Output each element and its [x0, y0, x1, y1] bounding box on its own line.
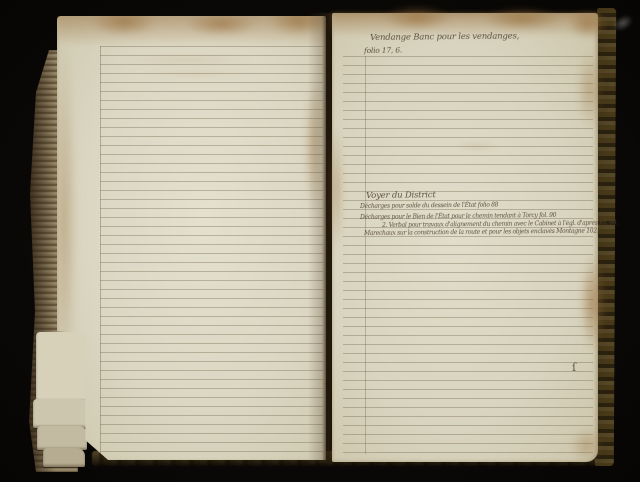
margin-rule-right — [365, 56, 366, 454]
stain — [482, 7, 562, 31]
stain — [57, 16, 326, 46]
dog-ear-tab — [43, 448, 85, 467]
ruled-lines-right — [343, 56, 593, 454]
ruled-lines-left — [100, 46, 323, 454]
dog-ear-tab — [33, 399, 89, 428]
stain — [185, 12, 257, 36]
stain — [382, 5, 452, 31]
header-note-line1: Vendange Banc pour les vendanges, — [370, 31, 519, 43]
dog-ear-tab — [36, 332, 90, 402]
right-page: Vendange Banc pour les vendanges, folio … — [332, 13, 598, 462]
dog-ear-tab — [37, 426, 87, 450]
entry-line: Décharges pour solde du dessein de l'Éta… — [360, 202, 498, 210]
left-page — [57, 16, 326, 460]
photo-backdrop: Vendange Banc pour les vendanges, folio … — [0, 0, 640, 482]
stain — [91, 8, 157, 36]
entries-title: Voyer du District — [366, 190, 436, 201]
page-block-edge-right — [595, 8, 616, 466]
header-note-line2: folio 17, 6. — [364, 46, 402, 55]
margin-mark: ſ — [572, 361, 576, 374]
